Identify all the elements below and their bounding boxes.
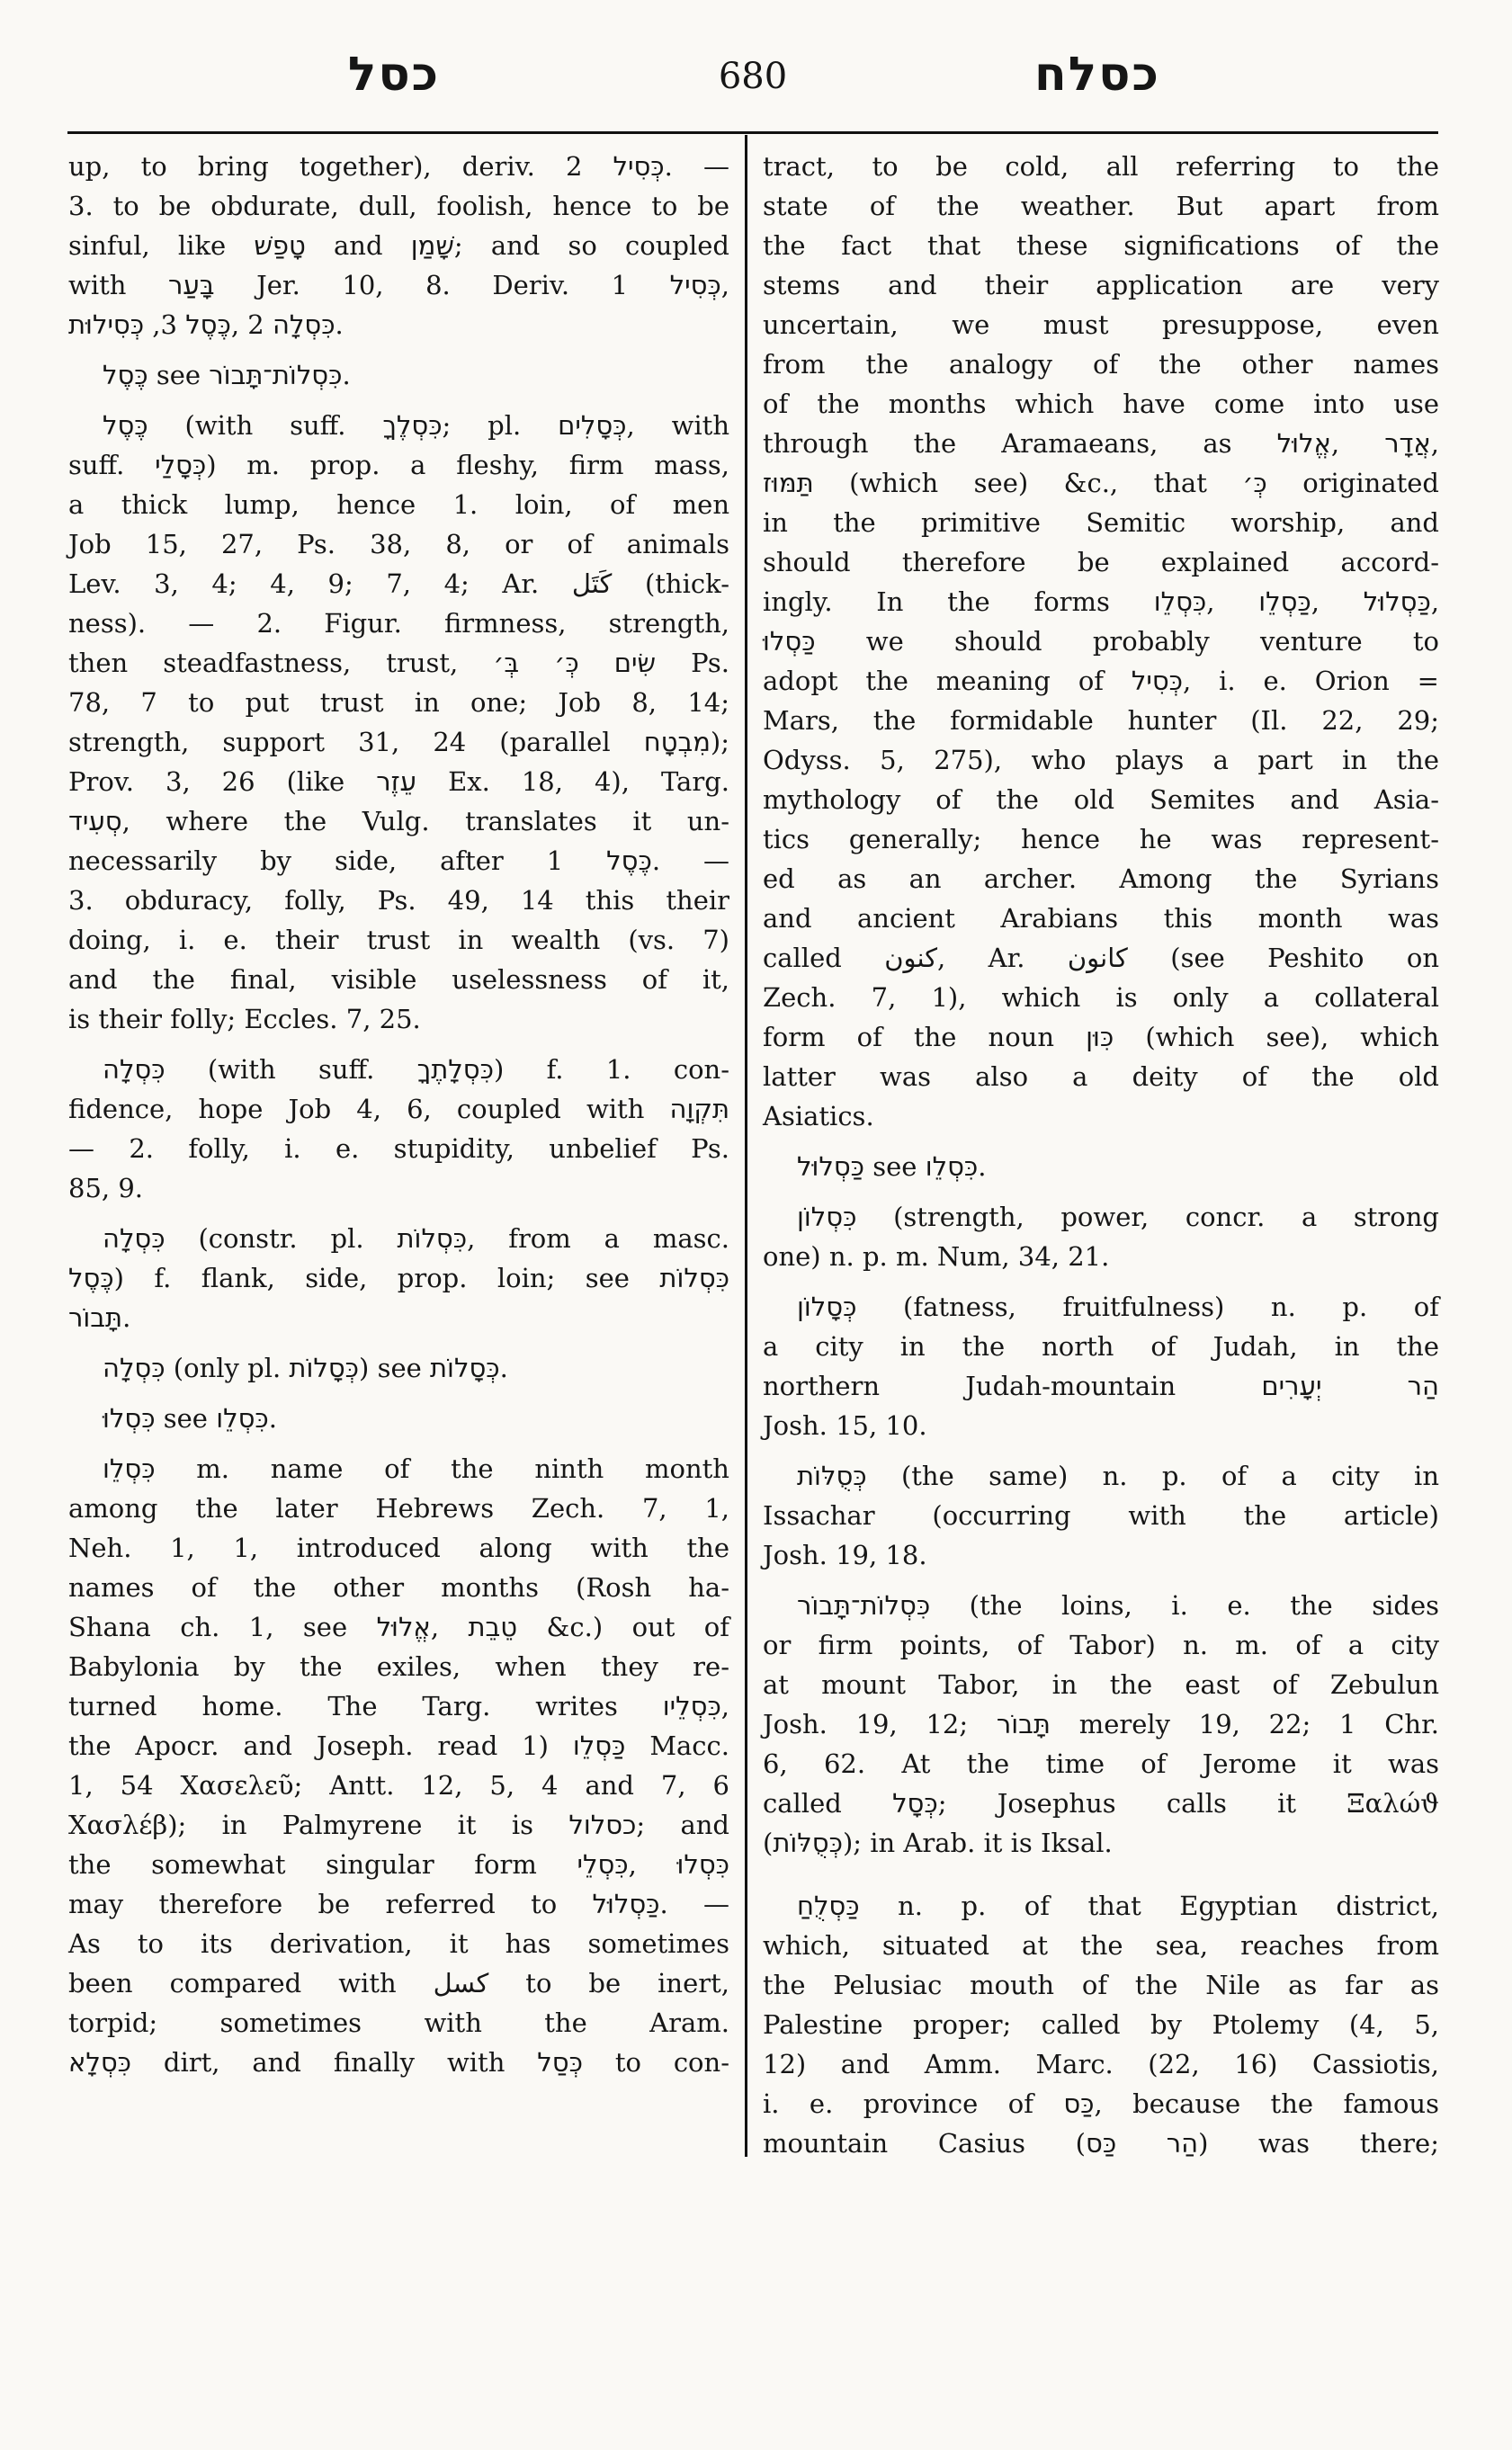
text-line: Shana ch. 1, see אֱלוּל,‎ טֵבֵת &c.) out… <box>68 1607 729 1647</box>
scanned-dictionary-page: כסל 680 כסלח up, to bring together), der… <box>0 0 1512 2450</box>
text-line: which, situated at the sea, reaches from <box>763 1926 1439 1965</box>
text-line: through the Aramaeans, as אֱלוּל,‎ אֲדָר… <box>763 424 1439 463</box>
text-line: is their folly; Eccles. 7, 25. <box>68 999 729 1039</box>
text-line: from the analogy of the other names <box>763 344 1439 384</box>
text-line: the Apocr. and Joseph. read כַּסְלֵו (1 … <box>68 1726 729 1766</box>
text-line: with בָּעַר Jer. 10, 8. Deriv. כְּסִיל 1… <box>68 265 729 305</box>
text-line: 1, 54 Χασελεῦ; Antt. 12, 5, 4 and 7, 6 <box>68 1766 729 1805</box>
text-line: 6, 62. At the time of Jerome it was <box>763 1744 1439 1784</box>
text-line: כִּסְלֵו m. name of the ninth month <box>68 1449 729 1489</box>
text-line: Zech. 7, 1), which is only a collateral <box>763 978 1439 1017</box>
text-line: ed as an archer. Among the Syrians <box>763 859 1439 899</box>
text-line: and ancient Arabians this month was <box>763 899 1439 938</box>
text-line: latter was also a deity of the old <box>763 1057 1439 1096</box>
text-line: Neh. 1, 1, introduced along with the <box>68 1528 729 1568</box>
text-line: כֶּסֶל 3, כְּסִילוּת,‎ כִּסְלָה 2. <box>68 305 729 344</box>
text-line: כֶּסֶל) f. flank, side, prop. loin; see … <box>68 1258 729 1298</box>
text-line: at mount Tabor, in the east of Zebulun <box>763 1665 1439 1704</box>
text-line: כִּסְלָה (constr. pl. כִּסְלוֹת, from a … <box>68 1219 729 1258</box>
text-line: סְעִיד, where the Vulg. translates it un… <box>68 801 729 841</box>
text-line: כֶּסֶל see כִּסְלוֹת־תָּבוֹר. <box>68 355 729 395</box>
text-line: i. e. province of כַּס, because the famo… <box>763 2084 1439 2124</box>
text-line: 3. to be obdurate, dull, foolish, hence … <box>68 186 729 226</box>
text-line: (כְּסֻלּוֹת); in Arab. it is Iksal. <box>763 1823 1439 1863</box>
column-divider-rule <box>745 135 747 2157</box>
text-line: the fact that these significations of th… <box>763 226 1439 265</box>
header-catchword-left: כסל <box>318 47 470 102</box>
text-line: then steadfastness, trust, שִׂים כְּ׳ בְ… <box>68 643 729 683</box>
text-line: כִּסְלוֹת־תָּבוֹר (the loins, i. e. the … <box>763 1586 1439 1625</box>
text-line: been compared with كسل to be inert, <box>68 1963 729 2003</box>
text-line: torpid; sometimes with the Aram. <box>68 2003 729 2043</box>
text-line: adopt the meaning of כְּסִיל, i. e. Orio… <box>763 661 1439 701</box>
text-line: one) n. p. m. Num, 34, 21. <box>763 1237 1439 1276</box>
text-line: fidence, hope Job 4, 6, coupled with תִּ… <box>68 1089 729 1129</box>
text-line: כְּסֻלּוֹת (the same) n. p. of a city in <box>763 1456 1439 1496</box>
text-line: כִּסְלָא dirt, and finally with כְּסַל t… <box>68 2043 729 2082</box>
text-line: mountain Casius (הַר כַּס) was there; <box>763 2124 1439 2163</box>
header-rule <box>67 131 1438 134</box>
text-line: called كنون, Ar. كانون (see Peshito on <box>763 938 1439 978</box>
text-line: the somewhat singular form כִּסְלֵי,‎ כִ… <box>68 1845 729 1884</box>
text-line: stems and their application are very <box>763 265 1439 305</box>
text-line: Josh. 15, 10. <box>763 1406 1439 1445</box>
text-line: turned home. The Targ. writes כִּסְלֵיו, <box>68 1686 729 1726</box>
text-line: כֶּסֶל (with suff. כִּסְלֶךָ; pl. כְּסָל… <box>68 406 729 445</box>
text-line: Prov. 3, 26 (like עֵזֶר Ex. 18, 4), Targ… <box>68 762 729 801</box>
text-line: Josh. 19, 12; תָּבוֹר merely 19, 22; 1 C… <box>763 1704 1439 1744</box>
text-line: Josh. 19, 18. <box>763 1535 1439 1575</box>
text-line: should therefore be explained accord- <box>763 542 1439 582</box>
text-line: in the primitive Semitic worship, and <box>763 503 1439 542</box>
text-line: doing, i. e. their trust in wealth (vs. … <box>68 920 729 960</box>
text-line: כִּסְלָה (with suff. כִּסְלָתֶךָ) f. 1. … <box>68 1050 729 1089</box>
text-line: ingly. In the forms כִּסְלֵו,‎ כַּסְלֵו,… <box>763 582 1439 621</box>
text-line: 85, 9. <box>68 1168 729 1208</box>
text-line: tics generally; hence he was represent- <box>763 819 1439 859</box>
text-line: כַּסְלוּל see כִּסְלֵו. <box>763 1147 1439 1186</box>
text-line: Lev. 3, 4; 4, 9; 7, 4; Ar. كَتَل (thick- <box>68 564 729 604</box>
left-text-column: up, to bring together), deriv. כְּסִיל 2… <box>68 147 729 2082</box>
text-line: תַּמּוּז (which see) &c., that כְּ׳ orig… <box>763 463 1439 503</box>
text-line: תָּבוֹר. <box>68 1298 729 1337</box>
text-line: form of the noun כִּוּן (which see), whi… <box>763 1017 1439 1057</box>
text-line: the Pelusiac mouth of the Nile as far as <box>763 1965 1439 2005</box>
text-line: כִּסְלָה (only pl. כְּסָלוֹת) see כְּסָל… <box>68 1348 729 1388</box>
text-line: 12) and Amm. Marc. (22, 16) Cassiotis, <box>763 2044 1439 2084</box>
text-line: ness). — 2. Figur. firmness, strength, <box>68 604 729 643</box>
text-line: כְּסָלוֹן (fatness, fruitfulness) n. p. … <box>763 1287 1439 1327</box>
running-head: כסל 680 כסלח <box>67 47 1439 119</box>
right-text-column: tract, to be cold, all referring to thes… <box>763 147 1439 2163</box>
text-line: northern Judah-mountain הַר יְעָרִים <box>763 1366 1439 1406</box>
page-number: 680 <box>618 56 888 97</box>
text-line: כִּסְלוּ see כִּסְלֵו. <box>68 1399 729 1438</box>
text-line: tract, to be cold, all referring to the <box>763 147 1439 186</box>
text-line: Mars, the formidable hunter (Il. 22, 29; <box>763 701 1439 740</box>
text-line: state of the weather. But apart from <box>763 186 1439 226</box>
text-line: 3. obduracy, folly, Ps. 49, 14 this thei… <box>68 881 729 920</box>
text-line: Babylonia by the exiles, when they re- <box>68 1647 729 1686</box>
text-line: uncertain, we must presuppose, even <box>763 305 1439 344</box>
text-line: up, to bring together), deriv. כְּסִיל 2… <box>68 147 729 186</box>
text-line: a city in the north of Judah, in the <box>763 1327 1439 1366</box>
text-line: Palestine proper; called by Ptolemy (4, … <box>763 2005 1439 2044</box>
text-line: suff. כְּסָלַי) m. prop. a fleshy, firm … <box>68 445 729 485</box>
text-line: sinful, like טָפַשׁ and שָׁמַן; and so c… <box>68 226 729 265</box>
text-line: names of the other months (Rosh ha- <box>68 1568 729 1607</box>
text-line: כַּסְלֻחַ n. p. of that Egyptian distric… <box>763 1886 1439 1926</box>
text-line: necessarily by side, after כֶּסֶל 1. — <box>68 841 729 881</box>
text-line: Odyss. 5, 275), who plays a part in the <box>763 740 1439 780</box>
text-line: Χασλέβ); in Palmyrene it is כסלול; and <box>68 1805 729 1845</box>
text-line: — 2. folly, i. e. stupidity, unbelief Ps… <box>68 1129 729 1168</box>
text-line: 78, 7 to put trust in one; Job 8, 14; <box>68 683 729 722</box>
text-line: or firm points, of Tabor) n. m. of a cit… <box>763 1625 1439 1665</box>
text-line: among the later Hebrews Zech. 7, 1, <box>68 1489 729 1528</box>
text-line: a thick lump, hence 1. loin, of men <box>68 485 729 524</box>
text-line: strength, support 31, 24 (parallel מִבְט… <box>68 722 729 762</box>
text-line: of the months which have come into use <box>763 384 1439 424</box>
text-line: called כְּסָל; Josephus calls it Ξαλώϑ <box>763 1784 1439 1823</box>
text-line: כַּסְלוּ we should probably venture to <box>763 621 1439 661</box>
text-line: Asiatics. <box>763 1096 1439 1136</box>
header-catchword-right: כסלח <box>998 47 1196 102</box>
text-line: Issachar (occurring with the article) <box>763 1496 1439 1535</box>
text-line: Job 15, 27, Ps. 38, 8, or of animals <box>68 524 729 564</box>
text-line: and the final, visible uselessness of it… <box>68 960 729 999</box>
text-line: may therefore be referred to כַּסְלוּל. … <box>68 1884 729 1924</box>
text-line: כִּסְלוֹן (strength, power, concr. a str… <box>763 1197 1439 1237</box>
text-line: As to its derivation, it has sometimes <box>68 1924 729 1963</box>
text-line: mythology of the old Semites and Asia- <box>763 780 1439 819</box>
